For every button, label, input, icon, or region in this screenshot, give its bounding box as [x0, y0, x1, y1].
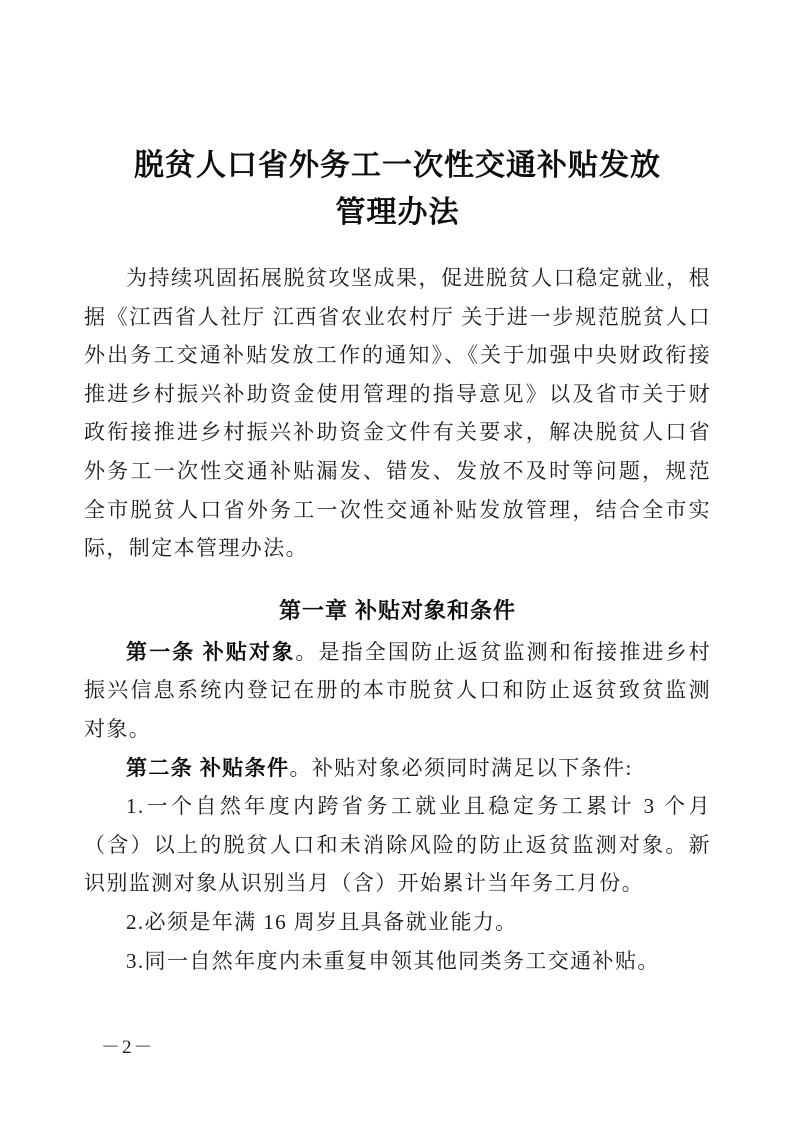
document-page: 脱贫人口省外务工一次性交通补贴发放 管理办法 为持续巩固拓展脱贫攻坚成果，促进脱…	[0, 0, 793, 1122]
document-title: 脱贫人口省外务工一次性交通补贴发放 管理办法	[84, 142, 711, 236]
article-1-label: 第一条 补贴对象	[126, 640, 295, 664]
page-number: －2－	[101, 1032, 155, 1059]
article-1-paragraph: 第一条 补贴对象。是指全国防止返贫监测和衔接推进乡村振兴信息系统内登记在册的本市…	[84, 633, 711, 749]
article-2-paragraph: 第二条 补贴条件。补贴对象必须同时满足以下条件:	[84, 749, 711, 788]
condition-item-3: 3.同一自然年度内未重复申领其他同类务工交通补贴。	[84, 942, 711, 981]
title-line-2: 管理办法	[336, 196, 460, 229]
article-2-text: 。补贴对象必须同时满足以下条件:	[289, 756, 632, 780]
page-content: 脱贫人口省外务工一次性交通补贴发放 管理办法 为持续巩固拓展脱贫攻坚成果，促进脱…	[84, 0, 711, 980]
condition-item-2: 2.必须是年满 16 周岁且具备就业能力。	[84, 903, 711, 942]
chapter-heading: 第一章 补贴对象和条件	[84, 595, 711, 626]
condition-item-1: 1.一个自然年度内跨省务工就业且稳定务工累计 3 个月（含）以上的脱贫人口和未消…	[84, 787, 711, 903]
intro-paragraph: 为持续巩固拓展脱贫攻坚成果，促进脱贫人口稳定就业，根据《江西省人社厅 江西省农业…	[84, 259, 711, 568]
article-2-label: 第二条 补贴条件	[126, 756, 289, 780]
title-line-1: 脱贫人口省外务工一次性交通补贴发放	[134, 149, 661, 182]
